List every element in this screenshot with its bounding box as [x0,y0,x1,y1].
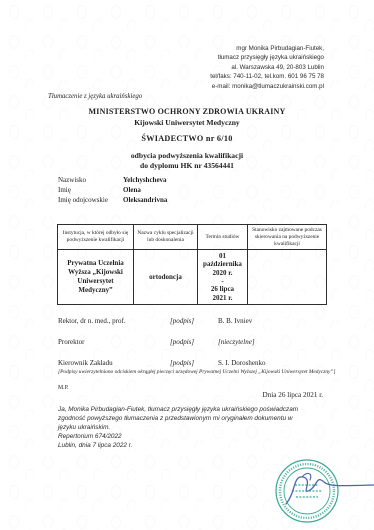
firstname-label: Imię [58,186,71,194]
rector-name: B. B. Ivniev [218,317,252,325]
header-cycle: Nazwa cyklu specjalizacji lub doskonalen… [134,225,198,250]
rector-signature-placeholder: [podpis] [170,317,194,325]
term-line: - [200,277,245,285]
translator-phone: tel/faks: 740-11-02, tel.kom. 601 96 75 … [210,72,324,81]
translation-date-line: Lublin, dnia 7 lipca 2022 r. [58,442,132,449]
head-of-department-name: S. I. Doroshenko [218,359,265,367]
patronymic-value: Oleksandrivna [123,196,167,204]
cell-cycle: ortodoncja [134,250,198,305]
cell-term: 01 października 2020 r. - 26 lipca 2021 … [198,250,248,305]
translator-name: mgr Monika Pirbudagian-Fiutek, [210,44,324,53]
surname-label: Nazwisko [58,176,86,184]
head-of-department-signature-placeholder: [podpis] [170,359,194,367]
ministry-heading: MINISTERSTWO OCHRONY ZDROWIA UKRAINY [0,107,374,116]
university-heading: Kijowski Uniwersytet Medyczny [0,118,374,127]
qualification-table: Instytucja, w której odbyło się podwyższ… [57,224,327,305]
term-line: 2020 r. [200,269,245,277]
certification-line-2: zgodność powyższego tłumaczenia z przeds… [58,415,292,422]
certification-line-3: języku ukraińskim. [58,424,110,431]
vicerector-signature-placeholder: [podpis] [170,338,194,346]
original-date-line: Dnia 26 lipca 2021 r. [263,391,323,399]
vicerector-title: Prorektor [58,338,84,346]
certificate-subtitle-2: do dyplomu HK nr 43564441 [0,161,374,170]
translator-email: e-mail: monika@tlumaczukrainski.com.pl [210,82,324,91]
seal-abbreviation: M.P. [58,385,69,391]
translator-address: al. Warszawska 49, 20-803 Lublin [210,63,324,72]
certificate-subtitle-1: odbycia podwyższenia kwalifikacji [0,151,374,160]
table-header-row: Instytucja, w której odbyło się podwyższ… [58,225,327,250]
rector-title: Rektor, dr n. med., prof. [58,317,126,325]
header-term: Termin studiów [198,225,248,250]
vicerector-name: [nieczytelne] [218,338,255,346]
term-line: 2021 r. [200,294,245,302]
term-line: 01 października [200,252,245,269]
translator-contact-block: mgr Monika Pirbudagian-Fiutek, tłumacz p… [210,44,324,91]
translator-round-stamp [250,450,374,530]
cell-institution: Prywatna Uczelnia Wyższa „Kijowski Uniwe… [58,250,134,305]
surname-value: Yelchyshcheva [123,176,167,184]
term-line: 26 lipca [200,285,245,293]
translation-language-note: Tłumaczenie z języka ukraińskiego [48,93,142,100]
cell-position [248,250,327,305]
header-institution: Instytucja, w której odbyło się podwyższ… [58,225,134,250]
repertorium-number: Repertorium 674/2022 [58,433,122,440]
head-of-department-title: Kierownik Zakładu [58,359,113,367]
document-page: mgr Monika Pirbudagian-Fiutek, tłumacz p… [0,0,374,530]
translator-title: tłumacz przysięgły języka ukraińskiego [210,53,324,62]
seal-authentication-note: [Podpisy uwierzytelniono odciskiem okrąg… [58,369,340,376]
firstname-value: Olena [123,186,141,194]
certification-line-1: Ja, Monika Pirbudagian-Fiutek, tłumacz p… [58,406,298,413]
table-row: Prywatna Uczelnia Wyższa „Kijowski Uniwe… [58,250,327,305]
header-position: Stanowisko zajmowane podczas skierowania… [248,225,327,250]
patronymic-label: Imię odojcowskie [58,196,108,204]
certificate-title: ŚWIADECTWO nr 6/10 [0,134,374,143]
